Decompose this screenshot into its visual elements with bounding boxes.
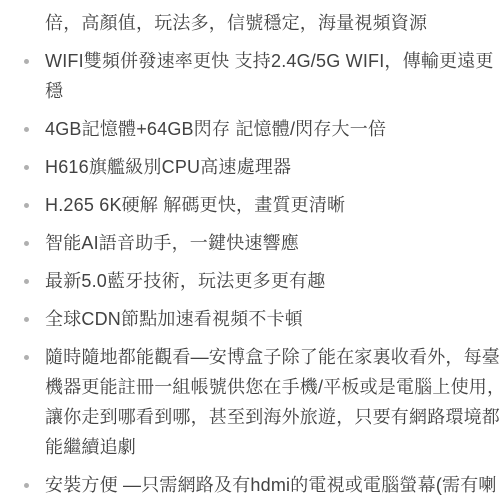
bullet-marker-icon bbox=[24, 355, 29, 360]
bullet-text: 讓你走到哪看到哪，甚至到海外旅遊，只要有網路環境都 bbox=[45, 402, 472, 432]
bullet-marker-icon bbox=[24, 483, 29, 488]
bullet-text: 安裝方便 —只需網路及有hdmi的電視或電腦螢幕(需有喇 bbox=[45, 470, 472, 500]
bullet-item-bluetooth: 最新5.0藍牙技術，玩法更多更有趣 bbox=[0, 266, 500, 296]
bullet-marker-icon bbox=[24, 317, 29, 322]
bullet-item-watch-anywhere: 隨時隨地都能觀看—安博盒子除了能在家裏收看外，每臺 機器更能註冊一組帳號供您在手… bbox=[0, 342, 500, 462]
bullet-marker-icon bbox=[24, 165, 29, 170]
bullet-item-cdn: 全球CDN節點加速看視頻不卡頓 bbox=[0, 304, 500, 334]
bullet-item-decoder: H.265 6K硬解 解碼更快，畫質更清晰 bbox=[0, 190, 500, 220]
bullet-marker-icon bbox=[24, 59, 29, 64]
bullet-item-cpu: H616旗艦級別CPU高速處理器 bbox=[0, 152, 500, 182]
bullet-text: 隨時隨地都能觀看—安博盒子除了能在家裏收看外，每臺 bbox=[45, 342, 472, 372]
bullet-text: 全球CDN節點加速看視頻不卡頓 bbox=[45, 304, 472, 334]
bullet-item-wifi: WIFI雙頻併發速率更快 支持2.4G/5G WIFI，傳輸更遠更 穩 bbox=[0, 46, 500, 106]
bullet-text: WIFI雙頻併發速率更快 支持2.4G/5G WIFI，傳輸更遠更 bbox=[45, 46, 472, 76]
bullet-text: H.265 6K硬解 解碼更快，畫質更清晰 bbox=[45, 190, 472, 220]
bullet-text: 機器更能註冊一組帳號供您在手機/平板或是電腦上使用， bbox=[45, 372, 472, 402]
bullet-text: H616旗艦級別CPU高速處理器 bbox=[45, 152, 472, 182]
bullet-marker-icon bbox=[24, 203, 29, 208]
bullet-item-easy-install: 安裝方便 —只需網路及有hdmi的電視或電腦螢幕(需有喇 bbox=[0, 470, 500, 500]
product-description-scroll-area[interactable]: 倍，高顏值，玩法多，信號穩定，海量視頻資源 WIFI雙頻併發速率更快 支持2.4… bbox=[0, 0, 500, 500]
bullet-text: 4GB記憶體+64GB閃存 記憶體/閃存大一倍 bbox=[45, 114, 472, 144]
bullet-text: 智能AI語音助手，一鍵快速響應 bbox=[45, 228, 472, 258]
description-text: 倍，高顏值，玩法多，信號穩定，海量視頻資源 bbox=[45, 8, 472, 38]
bullet-item-ai-voice: 智能AI語音助手，一鍵快速響應 bbox=[0, 228, 500, 258]
bullet-text: 最新5.0藍牙技術，玩法更多更有趣 bbox=[45, 266, 472, 296]
bullet-text: 穩 bbox=[45, 76, 472, 106]
bullet-item-memory: 4GB記憶體+64GB閃存 記憶體/閃存大一倍 bbox=[0, 114, 500, 144]
description-continuation-line: 倍，高顏值，玩法多，信號穩定，海量視頻資源 bbox=[0, 8, 500, 38]
bullet-marker-icon bbox=[24, 279, 29, 284]
bullet-marker-icon bbox=[24, 127, 29, 132]
bullet-text: 能繼續追劇 bbox=[45, 432, 472, 462]
bullet-marker-icon bbox=[24, 241, 29, 246]
